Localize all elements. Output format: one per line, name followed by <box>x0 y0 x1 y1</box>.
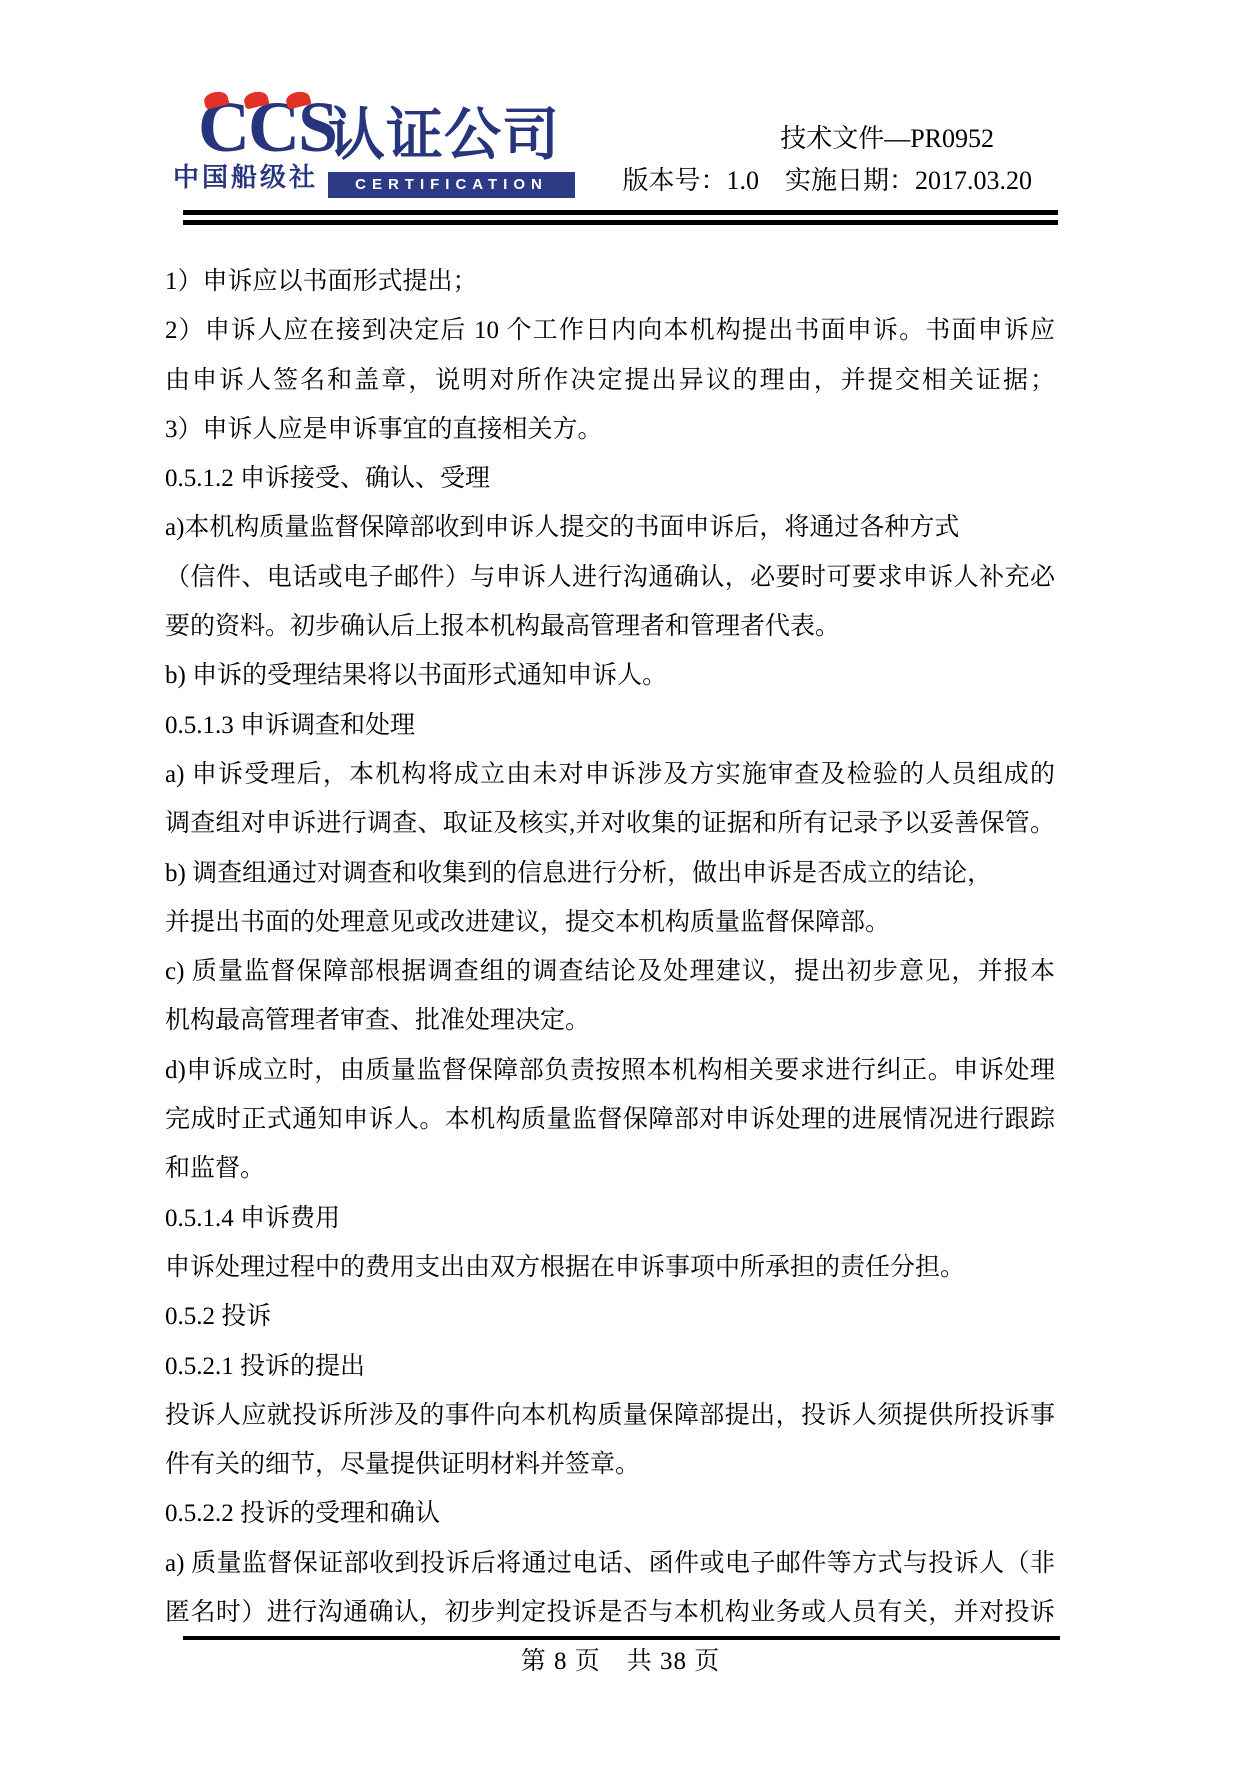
text-line: d)申诉成立时，由质量监督保障部负责按照本机构相关要求进行纠正。申诉处理 <box>165 1046 1055 1095</box>
document-body: 1）申诉应以书面形式提出； 2）申诉人应在接到决定后 10 个工作日内向本机构提… <box>165 257 1055 1637</box>
text-line: 机构最高管理者审查、批准处理决定。 <box>165 996 1055 1045</box>
logo-cn-name: 中国船级社 <box>173 165 336 191</box>
text-line: b) 申诉的受理结果将以书面形式通知申诉人。 <box>165 651 1055 700</box>
version-and-date: 版本号：1.0 实施日期：2017.03.20 <box>622 160 1032 202</box>
text-line: 申诉处理过程中的费用支出由双方根据在申诉事项中所承担的责任分担。 <box>165 1243 1055 1292</box>
page-number: 第 8 页 共 38 页 <box>0 1647 1241 1677</box>
text-line: 1）申诉应以书面形式提出； <box>165 257 1055 306</box>
ccs-wordmark: CCS <box>198 98 336 156</box>
footer-divider <box>183 1636 1060 1640</box>
text-line: 和监督。 <box>165 1144 1055 1193</box>
text-line: 2）申诉人应在接到决定后 10 个工作日内向本机构提出书面申诉。书面申诉应 <box>165 306 1055 355</box>
document-header-info: 技术文件—PR0952 版本号：1.0 实施日期：2017.03.20 <box>622 118 1032 202</box>
logo-right-block: 认证公司 CERTIFICATION <box>328 106 578 198</box>
header-divider <box>183 210 1058 225</box>
section-heading: 0.5.1.2 申诉接受、确认、受理 <box>165 454 1055 503</box>
doc-number: 技术文件—PR0952 <box>622 118 1032 160</box>
text-line: a) 申诉受理后，本机构将成立由未对申诉涉及方实施审查及检验的人员组成的 <box>165 750 1055 799</box>
text-line: （信件、电话或电子邮件）与申诉人进行沟通确认，必要时可要求申诉人补充必 <box>165 553 1055 602</box>
text-line: 调查组对申诉进行调查、取证及核实,并对收集的证据和所有记录予以妥善保管。 <box>165 799 1055 848</box>
section-heading: 0.5.2.2 投诉的受理和确认 <box>165 1489 1055 1538</box>
text-line: 完成时正式通知申诉人。本机构质量监督保障部对申诉处理的进展情况进行跟踪 <box>165 1095 1055 1144</box>
section-heading: 0.5.2.1 投诉的提出 <box>165 1342 1055 1391</box>
text-line: 投诉人应就投诉所涉及的事件向本机构质量保障部提出，投诉人须提供所投诉事 <box>165 1391 1055 1440</box>
section-heading: 0.5.1.4 申诉费用 <box>165 1194 1055 1243</box>
certification-bar: CERTIFICATION <box>328 172 575 198</box>
logo-company-name: 认证公司 <box>328 106 578 166</box>
section-heading: 0.5.2 投诉 <box>165 1292 1055 1341</box>
text-line: 并提出书面的处理意见或改进建议，提交本机构质量监督保障部。 <box>165 898 1055 947</box>
text-line: 3）申诉人应是申诉事宜的直接相关方。 <box>165 405 1055 454</box>
logo-left-block: CCS 中国船级社 <box>173 98 336 191</box>
text-line: c) 质量监督保障部根据调查组的调查结论及处理建议，提出初步意见，并报本 <box>165 947 1055 996</box>
text-line: b) 调查组通过对调查和收集到的信息进行分析，做出申诉是否成立的结论， <box>165 849 1055 898</box>
text-line: 由申诉人签名和盖章，说明对所作决定提出异议的理由，并提交相关证据； <box>165 356 1055 405</box>
text-line: 件有关的细节，尽量提供证明材料并签章。 <box>165 1440 1055 1489</box>
text-line: a) 质量监督保证部收到投诉后将通过电话、函件或电子邮件等方式与投诉人（非 <box>165 1539 1055 1588</box>
document-page: CCS 中国船级社 认证公司 CERTIFICATION 技术文件—PR0952… <box>0 0 1241 1778</box>
text-line: 匿名时）进行沟通确认，初步判定投诉是否与本机构业务或人员有关，并对投诉 <box>165 1588 1055 1637</box>
text-line: 要的资料。初步确认后上报本机构最高管理者和管理者代表。 <box>165 602 1055 651</box>
text-line: a)本机构质量监督保障部收到申诉人提交的书面申诉后，将通过各种方式 <box>165 503 1055 552</box>
section-heading: 0.5.1.3 申诉调查和处理 <box>165 701 1055 750</box>
